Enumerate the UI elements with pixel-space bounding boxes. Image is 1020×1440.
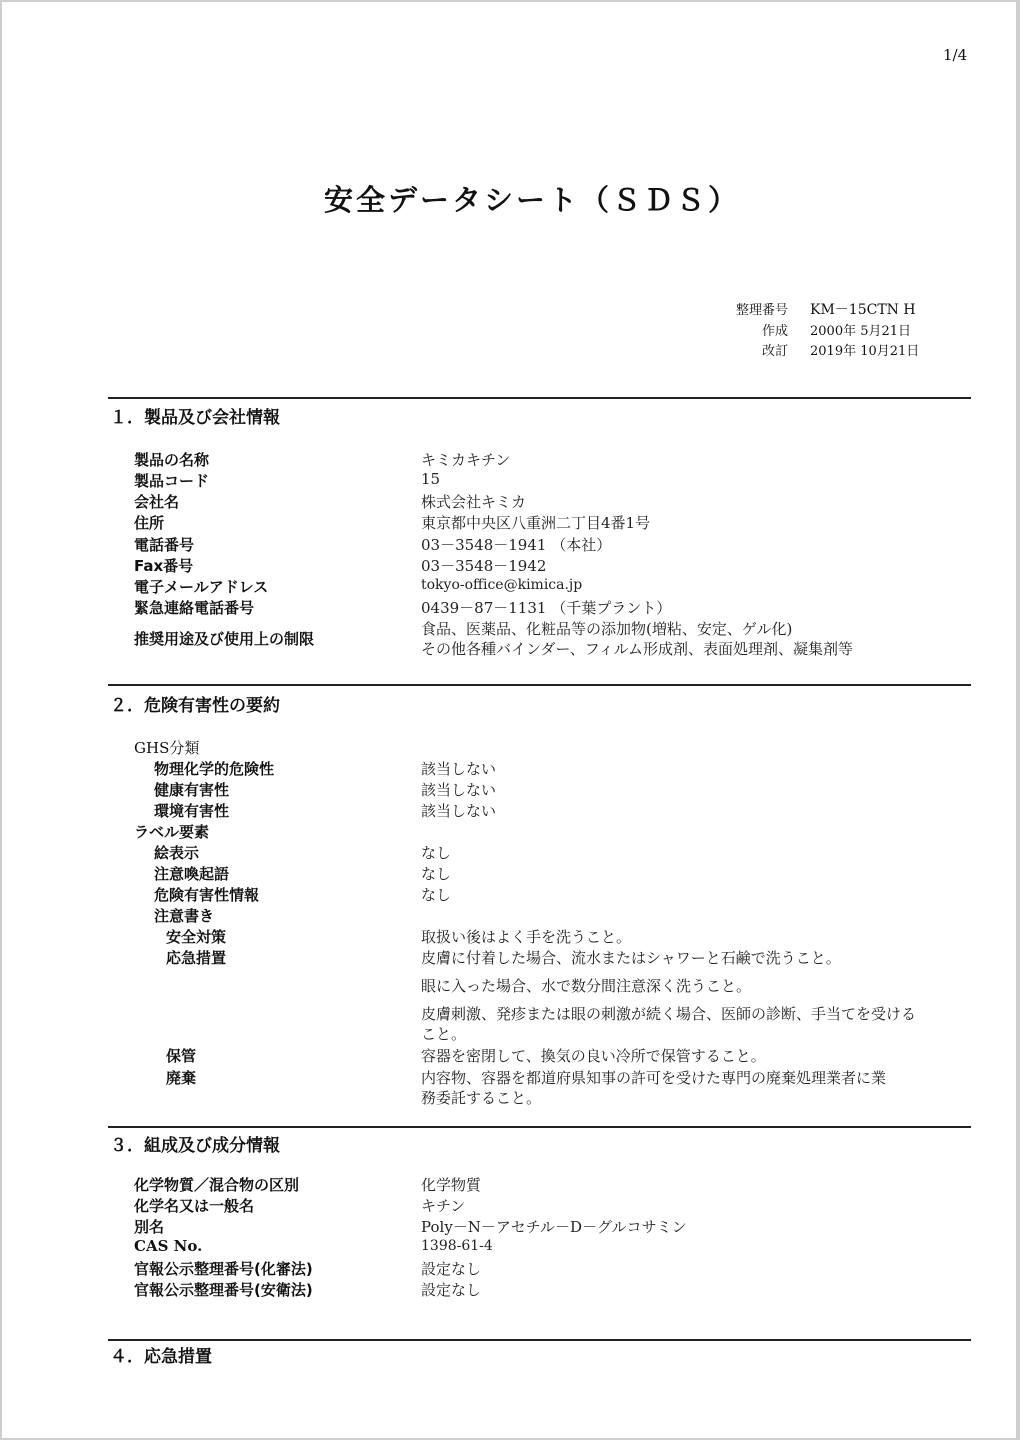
precaution-heading: 注意書き [154, 905, 214, 926]
revised-label: 改訂 [698, 340, 788, 359]
field-label: 絵表示 [154, 842, 199, 863]
field-label: 物理化学的危険性 [154, 758, 274, 779]
field-value: こと。 [421, 1023, 466, 1044]
field-label: 製品の名称 [134, 449, 209, 470]
document-page: 1/4 安全データシート（ＳＤＳ） 整理番号 KM－15CTN H 作成 200… [2, 2, 1016, 1438]
field-value: 該当しない [421, 779, 496, 800]
field-label: 化学物質／混合物の区別 [134, 1174, 299, 1195]
document-title: 安全データシート（ＳＤＳ） [2, 178, 1020, 219]
field-value: その他各種バインダー、フィルム形成剤、表面処理剤、凝集剤等 [421, 638, 853, 659]
label-elements-heading: ラベル要素 [134, 821, 209, 842]
field-value: 03－3548－1942 [421, 555, 546, 576]
field-value: 該当しない [421, 800, 496, 821]
field-value: 務委託すること。 [421, 1087, 541, 1108]
field-value: なし [421, 863, 451, 884]
section-2-heading: ２．危険有害性の要約 [110, 691, 280, 716]
email-link[interactable]: tokyo-office@kimica.jp [421, 577, 582, 593]
field-value: 容器を密閉して、換気の良い冷所で保管すること。 [421, 1045, 766, 1066]
field-label: 緊急連絡電話番号 [134, 597, 254, 618]
field-label: 電話番号 [134, 534, 194, 555]
field-value: 設定なし [421, 1279, 481, 1300]
field-label: Fax番号 [134, 555, 193, 576]
field-label: 住所 [134, 512, 164, 533]
field-value: 設定なし [421, 1258, 481, 1279]
section-divider [108, 1339, 971, 1341]
field-label: 安全対策 [166, 926, 226, 947]
field-label: 環境有害性 [154, 800, 229, 821]
field-label: 注意喚起語 [154, 863, 229, 884]
field-label: 推奨用途及び使用上の制限 [134, 628, 314, 649]
created-value: 2000年 5月21日 [810, 320, 911, 339]
field-value: 皮膚刺激、発疹または眼の刺激が続く場合、医師の診断、手当てを受ける [421, 1003, 916, 1024]
ref-label: 整理番号 [698, 299, 788, 318]
field-value: キミカキチン [421, 449, 510, 470]
field-value: 株式会社キミカ [421, 491, 526, 512]
field-label: 廃棄 [166, 1067, 196, 1088]
created-label: 作成 [698, 320, 788, 339]
field-value: 食品、医薬品、化粧品等の添加物(増粘、安定、ゲル化) [421, 618, 792, 639]
field-value: 取扱い後はよく手を洗うこと。 [421, 926, 631, 947]
field-value: 化学物質 [421, 1174, 481, 1195]
revised-value: 2019年 10月21日 [810, 340, 919, 359]
field-label: 官報公示整理番号(化審法) [134, 1258, 313, 1279]
field-value: 内容物、容器を都道府県知事の許可を受けた専門の廃棄処理業者に業 [421, 1067, 886, 1088]
page-number: 1/4 [943, 46, 967, 64]
field-value: なし [421, 884, 451, 905]
field-value: 東京都中央区八重洲二丁目4番1号 [421, 512, 650, 533]
field-label: 別名 [134, 1216, 164, 1237]
field-label: 電子メールアドレス [134, 576, 268, 597]
field-value: キチン [421, 1195, 465, 1216]
field-label: 応急措置 [166, 947, 226, 968]
field-value: 眼に入った場合、水で数分間注意深く洗うこと。 [421, 975, 751, 996]
section-divider [108, 1126, 971, 1128]
field-label: 会社名 [134, 491, 179, 512]
field-label: 健康有害性 [154, 779, 229, 800]
field-value: なし [421, 842, 451, 863]
field-label: 製品コード [134, 470, 209, 491]
ghs-label: GHS分類 [134, 737, 199, 758]
field-label: 保管 [166, 1045, 196, 1066]
field-value: Poly－N－アセチル－D－グルコサミン [421, 1216, 687, 1237]
field-value: 03－3548－1941 （本社） [421, 534, 611, 555]
field-label: 官報公示整理番号(安衛法) [134, 1279, 313, 1300]
field-label: 危険有害性情報 [154, 884, 259, 905]
section-1-heading: １．製品及び会社情報 [110, 403, 280, 428]
ref-value: KM－15CTN H [810, 299, 916, 319]
field-value: 該当しない [421, 758, 496, 779]
field-label: 化学名又は一般名 [134, 1195, 254, 1216]
section-4-heading: ４．応急措置 [110, 1342, 212, 1367]
section-3-heading: ３．組成及び成分情報 [110, 1131, 280, 1156]
section-divider [108, 684, 971, 686]
field-value: 0439－87－1131 （千葉プラント） [421, 597, 671, 618]
field-value: 皮膚に付着した場合、流水またはシャワーと石鹸で洗うこと。 [421, 947, 841, 968]
field-value: 15 [421, 470, 440, 488]
field-value: 1398-61-4 [421, 1238, 493, 1254]
section-divider [108, 397, 971, 399]
field-label: CAS No. [134, 1237, 202, 1255]
